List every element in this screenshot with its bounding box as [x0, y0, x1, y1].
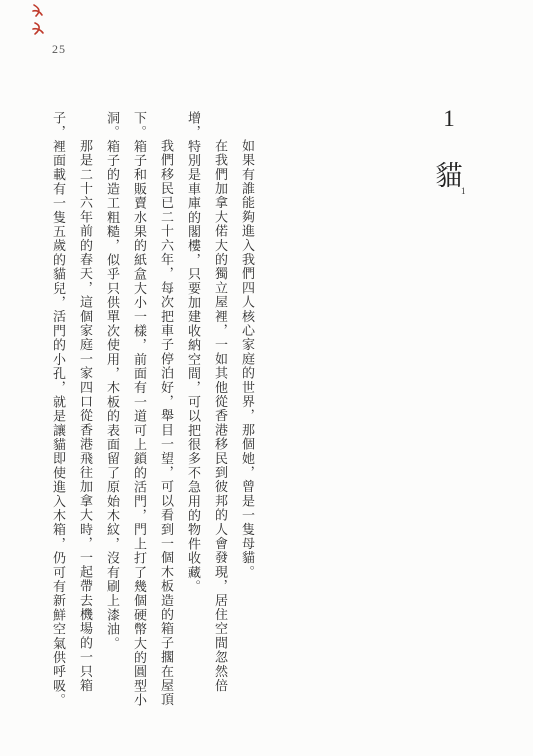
text-column: 我們移民已二十六年，每次把車子停泊好，舉目一望，可以看到一個木板造的箱子擱在屋頂 — [153, 111, 180, 711]
book-page: 25 1 貓 1 如果有誰能夠進入我們四人核心家庭的世界，那個她，曾是一隻母貓。… — [0, 0, 533, 756]
text-column: 子，裡面載有一隻五歲的貓兒，活門的小孔，就是讓貓即使進入木箱，仍可有新鮮空氣供呼… — [45, 111, 72, 711]
footnote-marker: 1 — [461, 186, 466, 196]
paragraph: 如果有誰能夠進入我們四人核心家庭的世界，那個她，曾是一隻母貓。 — [234, 111, 261, 711]
paragraph: 那是二十六年前的春天，這個家庭一家四口從香港飛往加拿大時，一起帶去機場的一只箱 … — [45, 111, 99, 711]
text-column: 在我們加拿大偌大的獨立屋裡，一如其他從香港移民到彼邦的人會發現，居住空間忽然倍 — [207, 111, 234, 711]
text-column: 下。箱子和販賣水果的紙盒大小一樣，前面有一道可上鎖的活門，門上打了幾個硬幣大的圓… — [126, 111, 153, 711]
red-ink-mark-icon — [31, 3, 45, 39]
chapter-title: 貓 1 — [431, 154, 467, 193]
body-text: 如果有誰能夠進入我們四人核心家庭的世界，那個她，曾是一隻母貓。 在我們加拿大偌大… — [45, 111, 261, 711]
chapter-title-text: 貓 — [436, 161, 463, 191]
paragraph: 在我們加拿大偌大的獨立屋裡，一如其他從香港移民到彼邦的人會發現，居住空間忽然倍 … — [180, 111, 234, 711]
text-column: 洞。箱子的造工粗糙，似乎只供單次使用，木板的表面留了原始木紋，沒有刷上漆油。 — [99, 111, 126, 711]
text-column: 那是二十六年前的春天，這個家庭一家四口從香港飛往加拿大時，一起帶去機場的一只箱 — [72, 111, 99, 711]
chapter-number: 1 — [431, 106, 467, 132]
page-number: 25 — [52, 42, 66, 57]
paragraph: 我們移民已二十六年，每次把車子停泊好，舉目一望，可以看到一個木板造的箱子擱在屋頂… — [99, 111, 180, 711]
text-column: 如果有誰能夠進入我們四人核心家庭的世界，那個她，曾是一隻母貓。 — [234, 111, 261, 711]
text-column: 增，特別是車庫的閣樓，只要加建收納空間，可以把很多不急用的物件收藏。 — [180, 111, 207, 711]
